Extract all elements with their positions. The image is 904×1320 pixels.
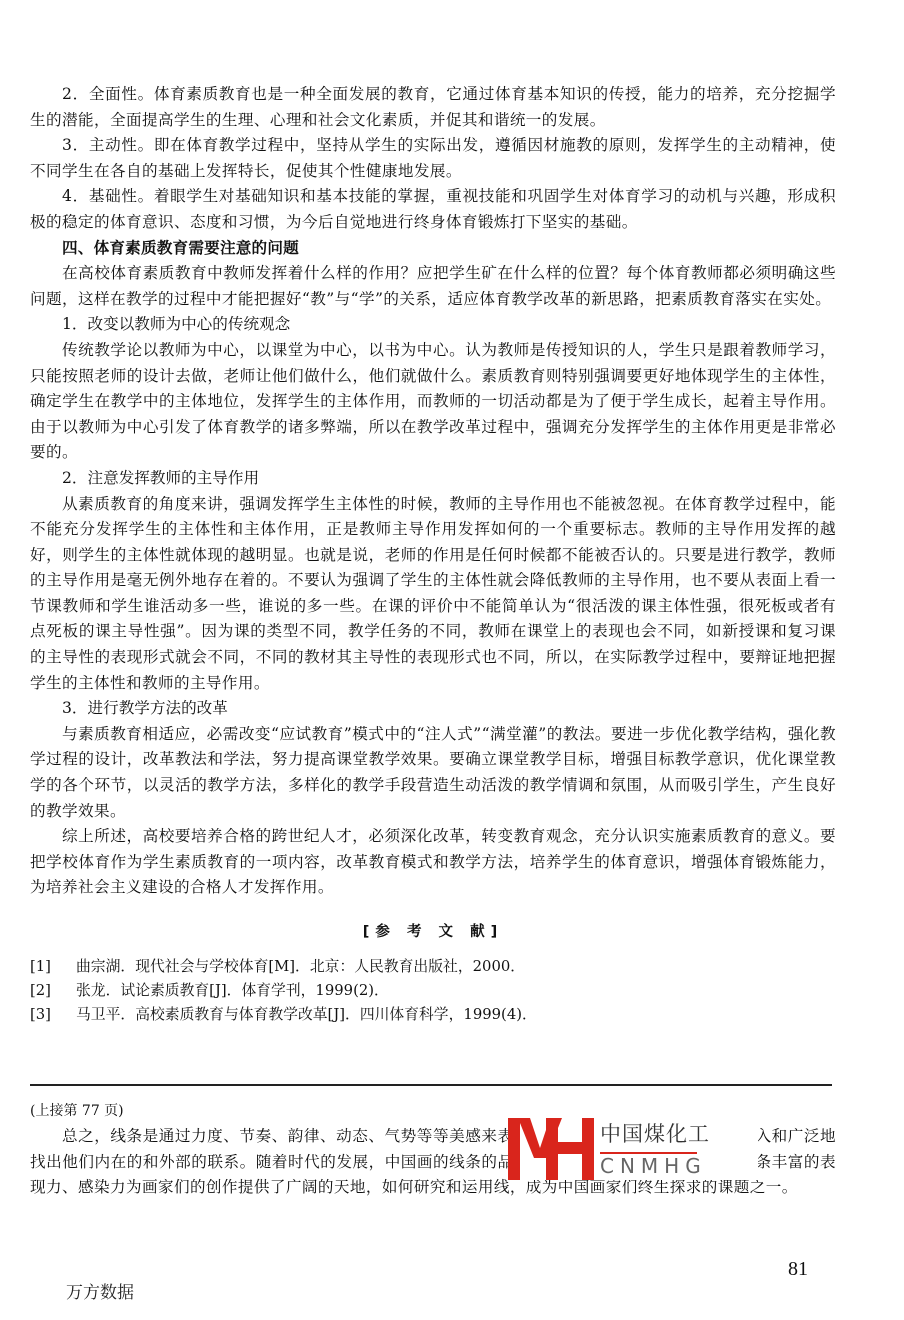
watermark-logo: 中国煤化工 CNMHG: [508, 1118, 758, 1180]
cnmhg-logo-icon: [508, 1118, 594, 1180]
reference-number: [3]: [30, 1003, 76, 1027]
subsection-2-text: 从素质教育的角度来讲，强调发挥学生主体性的时候，教师的主导作用也不能被忽视。在体…: [30, 492, 836, 697]
watermark-chinese-text: 中国煤化工: [600, 1118, 710, 1148]
watermark-english-text: CNMHG: [600, 1154, 707, 1178]
source-label: 万方数据: [66, 1278, 134, 1303]
subsection-heading-1: 1．改变以教师为中心的传统观念: [30, 312, 836, 338]
subsection-3-text: 与素质教育相适应，必需改变“应试教育”模式中的“注人式”“满堂灌”的教法。要进一…: [30, 722, 836, 824]
section-heading-4: 四、体育素质教育需要注意的问题: [30, 236, 836, 262]
reference-number: [1]: [30, 955, 76, 979]
reference-item: [1] 曲宗湖．现代社会与学校体育[M]．北京：人民教育出版社，2000．: [30, 955, 836, 979]
references-list: [1] 曲宗湖．现代社会与学校体育[M]．北京：人民教育出版社，2000． [2…: [30, 955, 836, 1027]
subsection-1-text: 传统教学论以教师为中心，以课堂为中心，以书为中心。认为教师是传授知识的人，学生只…: [30, 338, 836, 466]
subsection-heading-2: 2．注意发挥教师的主导作用: [30, 466, 836, 492]
reference-text: 曲宗湖．现代社会与学校体育[M]．北京：人民教育出版社，2000．: [76, 955, 525, 979]
reference-text: 张龙．试论素质教育[J]．体育学刊，1999(2)．: [76, 979, 389, 1003]
reference-number: [2]: [30, 979, 76, 1003]
reference-item: [3] 马卫平．高校素质教育与体育教学改革[J]．四川体育科学，1999(4)．: [30, 1003, 836, 1027]
conclusion-paragraph: 综上所述，高校要培养合格的跨世纪人才，必须深化改革，转变教育观念，充分认识实施素…: [30, 824, 836, 901]
reference-item: [2] 张龙．试论素质教育[J]．体育学刊，1999(2)．: [30, 979, 836, 1003]
paragraph-initiative: 3．主动性。即在体育教学过程中，坚持从学生的实际出发，遵循因材施教的原则，发挥学…: [30, 133, 836, 184]
reference-text: 马卫平．高校素质教育与体育教学改革[J]．四川体育科学，1999(4)．: [76, 1003, 537, 1027]
paragraph-foundation: 4．基础性。着眼学生对基础知识和基本技能的掌握，重视技能和巩固学生对体育学习的动…: [30, 184, 836, 235]
article-body: 2．全面性。体育素质教育也是一种全面发展的教育，它通过体育基本知识的传授，能力的…: [30, 82, 836, 1027]
paragraph-comprehensiveness: 2．全面性。体育素质教育也是一种全面发展的教育，它通过体育基本知识的传授，能力的…: [30, 82, 836, 133]
subsection-heading-3: 3．进行教学方法的改革: [30, 696, 836, 722]
section-divider: [30, 1084, 832, 1086]
page-number: 81: [788, 1258, 808, 1281]
references-title: [参 考 文 献]: [30, 919, 836, 945]
section-4-intro: 在高校体育素质教育中教师发挥着什么样的作用？应把学生矿在什么样的位置？每个体育教…: [30, 261, 836, 312]
